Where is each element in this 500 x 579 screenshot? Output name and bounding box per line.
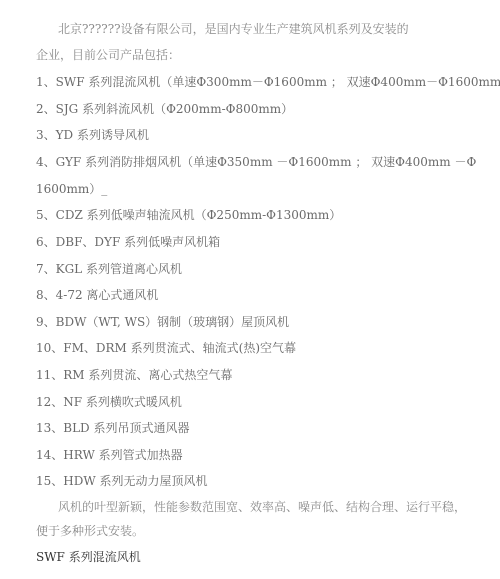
product-item-1: 1、SWF 系列混流风机（单速Φ300mm－Φ1600mm ； 双速Φ400mm…: [36, 75, 500, 89]
product-item-7: 7、KGL 系列管道离心风机: [36, 262, 182, 276]
product-item-11: 11、RM 系列贯流、离心式热空气幕: [36, 368, 232, 382]
product-item-3: 3、YD 系列诱导风机: [36, 128, 149, 142]
product-item-4: 4、GYF 系列消防排烟风机（单速Φ350mm －Φ1600mm ； 双速Φ40…: [36, 155, 476, 169]
product-item-13: 13、BLD 系列吊顶式通风器: [36, 421, 190, 435]
product-item-2: 2、SJG 系列斜流风机（Φ200mm-Φ800mm）: [36, 102, 293, 116]
product-item-8: 8、4-72 离心式通风机: [36, 288, 158, 302]
product-item-4-continued: 1600mm）_: [36, 182, 107, 196]
intro-line-1: 北京??????设备有限公司，是国内专业生产建筑风机系列及安装的: [58, 22, 409, 36]
product-item-10: 10、FM、DRM 系列贯流式、轴流式(热)空气幕: [36, 341, 296, 355]
intro-line-2: 企业，目前公司产品包括：: [36, 48, 180, 62]
summary-line-1: 风机的叶型新颖，性能参数范围宽、效率高、噪声低、结构合理、运行平稳，: [58, 500, 466, 514]
section-heading: SWF 系列混流风机: [36, 550, 141, 564]
product-item-12: 12、NF 系列横吹式暖风机: [36, 395, 182, 409]
product-item-15: 15、HDW 系列无动力屋顶风机: [36, 474, 208, 488]
product-item-5: 5、CDZ 系列低噪声轴流风机（Φ250mm-Φ1300mm）: [36, 208, 341, 222]
product-item-14: 14、HRW 系列管式加热器: [36, 448, 183, 462]
product-item-9: 9、BDW（WT, WS）钢制（玻璃钢）屋顶风机: [36, 315, 289, 329]
summary-line-2: 便于多种形式安装。: [36, 524, 144, 538]
product-item-6: 6、DBF、DYF 系列低噪声风机箱: [36, 235, 220, 249]
